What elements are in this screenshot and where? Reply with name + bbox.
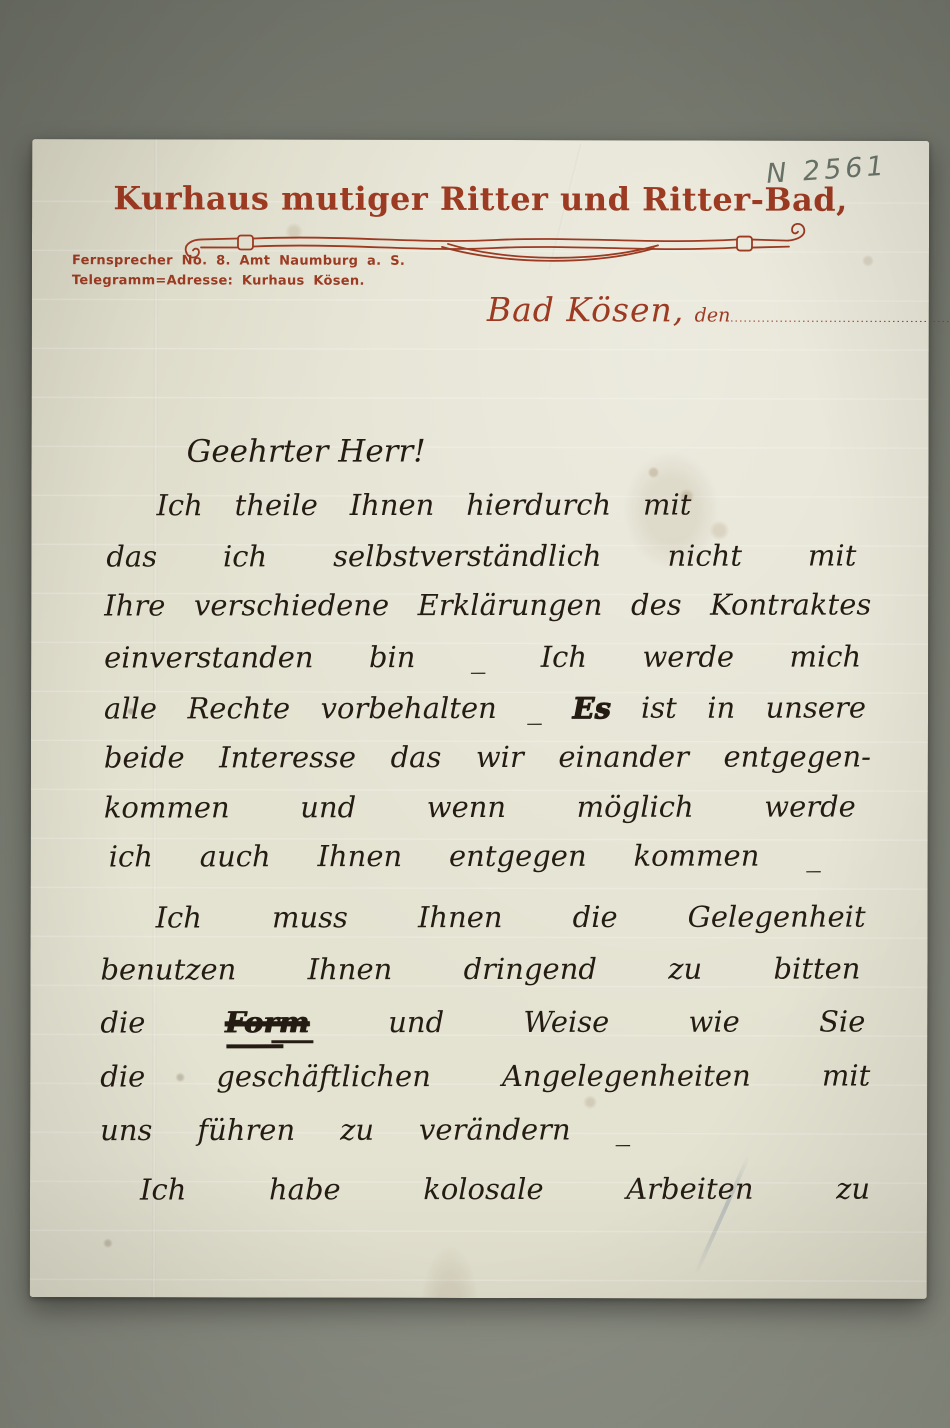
letterhead-phone-line: Fernsprecher No. 8. Amt Naumburg a. S. [72, 251, 405, 271]
letter-line: Ich theile Ihnen hierdurch mit [156, 488, 691, 523]
line-text: und Weise wie Sie [309, 1004, 865, 1039]
letter-line: beide Interesse das wir einander entgege… [104, 739, 871, 774]
letter-line: Ich muss Ihnen die Gelegenheit [156, 900, 866, 935]
letter-line: Ihre verschiedene Erklärungen des Kontra… [104, 587, 871, 622]
salutation: Geehrter Herr! [187, 433, 426, 469]
dateline-fill-line [730, 302, 950, 322]
letter-line: die Form und Weise wie Sie [100, 1004, 865, 1039]
line-text: die [100, 1005, 224, 1039]
letter-line: einverstanden bin _ Ich werde mich [104, 639, 861, 674]
letter-line: uns führen zu verändern _ [100, 1112, 630, 1147]
letterhead-telegram-line: Telegramm=Adresse: Kurhaus Kösen. [72, 271, 405, 291]
letter-line: Ich habe kolosale Arbeiten zu [140, 1172, 870, 1207]
dateline-den-label: den [695, 304, 731, 326]
letterhead-contact-block: Fernsprecher No. 8. Amt Naumburg a. S. T… [72, 251, 405, 291]
letter-line: alle Rechte vorbehalten _ Es ist in unse… [104, 690, 866, 725]
struck-word: Form [225, 1005, 309, 1039]
dateline: Bad Kösen, den [487, 290, 950, 330]
letter-paper: N 2561 Kurhaus mutiger Ritter und Ritter… [30, 139, 929, 1299]
letter-line: das ich selbstverständlich nicht mit [106, 538, 856, 573]
overwritten-word: Es [572, 691, 610, 725]
letter-line: die geschäftlichen Angelegenheiten mit [100, 1058, 870, 1093]
letter-line: ich auch Ihnen entgegen kommen _ [109, 838, 821, 873]
line-text: ist in unsere [611, 690, 867, 724]
dateline-place: Bad Kösen, [487, 290, 684, 329]
letterhead-title: Kurhaus mutiger Ritter und Ritter-Bad, [32, 179, 929, 219]
photo-background: N 2561 Kurhaus mutiger Ritter und Ritter… [0, 0, 950, 1428]
letter-line: kommen und wenn möglich werde [104, 789, 856, 824]
letter-body: Geehrter Herr! Ich theile Ihnen hierdurc… [32, 139, 929, 141]
line-text: alle Rechte vorbehalten _ [104, 691, 572, 726]
letter-line: benutzen Ihnen dringend zu bitten [100, 951, 860, 986]
